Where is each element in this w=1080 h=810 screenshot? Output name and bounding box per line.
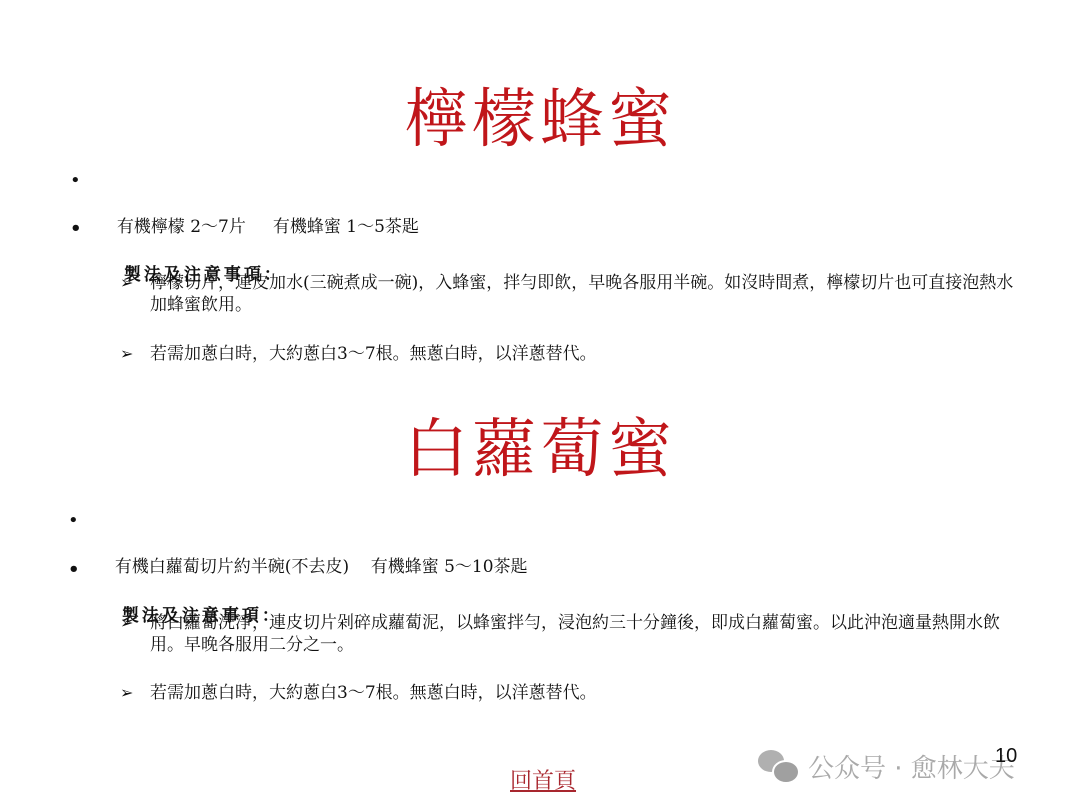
home-link[interactable]: 回首頁 bbox=[510, 764, 576, 795]
arrow-bullet-icon: ➢ bbox=[120, 682, 133, 704]
wechat-icon bbox=[758, 750, 798, 784]
section1-step-2: ➢ 若需加蔥白時，大約蔥白3～7根。無蔥白時，以洋蔥替代。 bbox=[150, 343, 1020, 365]
section2-step-2: ➢ 若需加蔥白時，大約蔥白3～7根。無蔥白時，以洋蔥替代。 bbox=[150, 682, 1020, 704]
step-text: 將白蘿蔔洗淨，連皮切片剁碎成蘿蔔泥，以蜂蜜拌勻，浸泡約三十分鐘後，即成白蘿蔔蜜。… bbox=[150, 613, 1000, 655]
page-number: 10 bbox=[995, 745, 1017, 768]
section2-step-1: ➢ 將白蘿蔔洗淨，連皮切片剁碎成蘿蔔泥，以蜂蜜拌勻，浸泡約三十分鐘後，即成白蘿蔔… bbox=[150, 612, 1020, 656]
section1-step-1: ➢ 檸檬切片，連皮加水(三碗煮成一碗)，入蜂蜜，拌勻即飲，早晚各服用半碗。如沒時… bbox=[150, 272, 1020, 316]
arrow-bullet-icon: ➢ bbox=[120, 612, 133, 634]
bullet-icon: • bbox=[70, 218, 85, 239]
bullet-icon: • bbox=[70, 170, 81, 191]
step-text: 若需加蔥白時，大約蔥白3～7根。無蔥白時，以洋蔥替代。 bbox=[150, 344, 597, 364]
watermark: 公众号 · 愈林大夫 bbox=[758, 748, 1015, 785]
section2-title: 白蘿蔔蜜 bbox=[0, 398, 1080, 490]
arrow-bullet-icon: ➢ bbox=[120, 272, 133, 294]
step-text: 若需加蔥白時，大約蔥白3～7根。無蔥白時，以洋蔥替代。 bbox=[150, 683, 597, 703]
bullet-icon: • bbox=[68, 510, 79, 531]
watermark-text: 公众号 · 愈林大夫 bbox=[808, 748, 1015, 785]
step-text: 檸檬切片，連皮加水(三碗煮成一碗)，入蜂蜜，拌勻即飲，早晚各服用半碗。如沒時間煮… bbox=[150, 273, 1013, 315]
bullet-icon: • bbox=[68, 559, 83, 580]
section1-title: 檸檬蜂蜜 bbox=[0, 68, 1080, 160]
arrow-bullet-icon: ➢ bbox=[120, 343, 133, 365]
